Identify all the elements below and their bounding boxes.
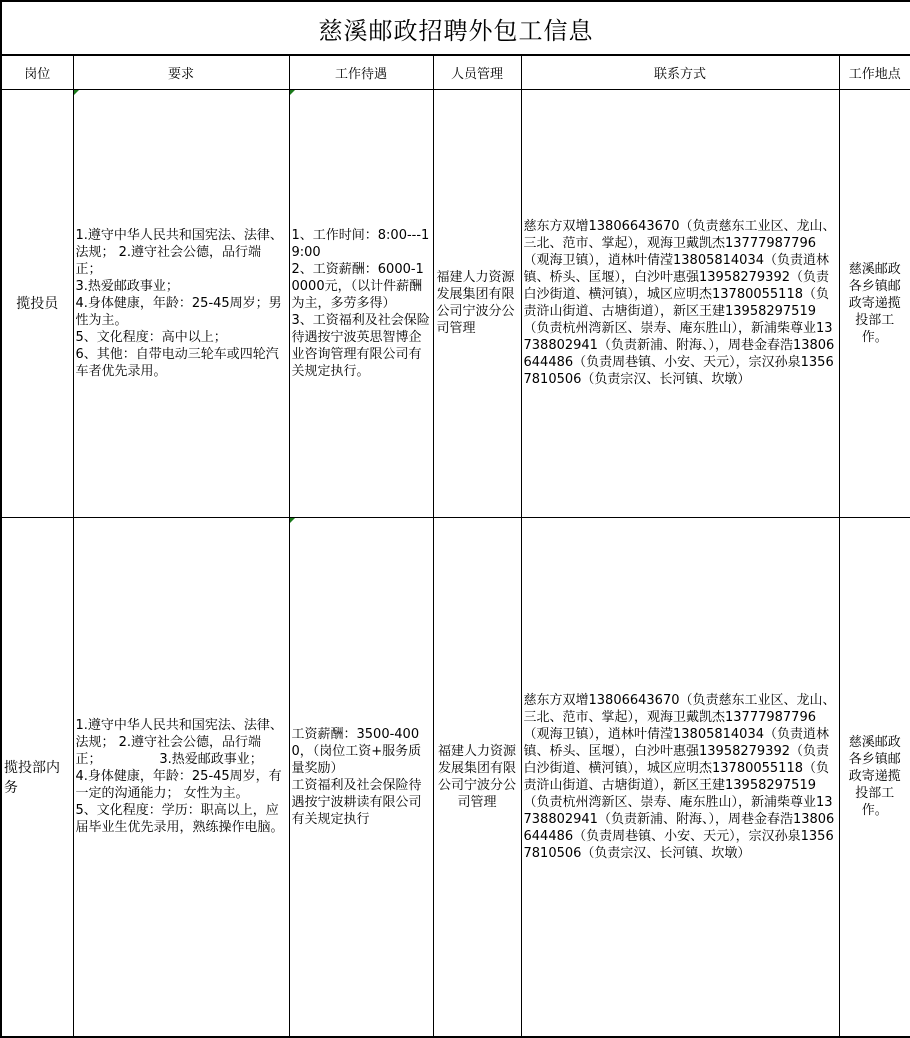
- benefits-text: 工资薪酬：3500-4000，（岗位工资+服务质量奖励） 工资福利及社会保险待遇…: [292, 727, 422, 827]
- cell-position[interactable]: 揽投员: [1, 89, 73, 517]
- cell-location[interactable]: 慈溪邮政各乡镇邮政寄递揽投部工作。: [839, 89, 910, 517]
- recruitment-table: 慈溪邮政招聘外包工信息 岗位 要求 工作待遇 人员管理 联系方式 工作地点 揽投…: [0, 0, 910, 1038]
- header-position[interactable]: 岗位: [1, 55, 73, 89]
- cell-management[interactable]: 福建人力资源发展集团有限公司宁波分公司管理: [433, 517, 521, 1037]
- cell-flag-icon: [290, 90, 295, 95]
- cell-management[interactable]: 福建人力资源发展集团有限公司宁波分公司管理: [433, 89, 521, 517]
- location-text: 慈溪邮政各乡镇邮政寄递揽投部工作。: [849, 735, 901, 818]
- cell-benefits[interactable]: 工资薪酬：3500-4000，（岗位工资+服务质量奖励） 工资福利及社会保险待遇…: [289, 517, 433, 1037]
- management-text: 福建人力资源发展集团有限公司宁波分公司管理: [438, 744, 516, 810]
- header-management[interactable]: 人员管理: [433, 55, 521, 89]
- requirements-text: 1.遵守中华人民共和国宪法、法律、法规； 2.遵守社会公德，品行端正； 3.热爱…: [76, 228, 283, 379]
- position-text: 揽投员: [16, 296, 58, 312]
- contact-text: 慈东方双增13806643670（负责慈东工业区、龙山、三北、范市、掌起），观海…: [524, 693, 836, 861]
- benefits-text: 1、工作时间：8:00---19:00 2、工资薪酬：6000-10000元，（…: [292, 228, 430, 379]
- table-title[interactable]: 慈溪邮政招聘外包工信息: [1, 1, 910, 55]
- header-requirements[interactable]: 要求: [73, 55, 289, 89]
- cell-benefits[interactable]: 1、工作时间：8:00---19:00 2、工资薪酬：6000-10000元，（…: [289, 89, 433, 517]
- header-location[interactable]: 工作地点: [839, 55, 910, 89]
- spreadsheet: 慈溪邮政招聘外包工信息 岗位 要求 工作待遇 人员管理 联系方式 工作地点 揽投…: [0, 0, 910, 1038]
- header-row: 岗位 要求 工作待遇 人员管理 联系方式 工作地点: [1, 55, 910, 89]
- cell-requirements[interactable]: 1.遵守中华人民共和国宪法、法律、法规； 2.遵守社会公德，品行端正； 3.热爱…: [73, 89, 289, 517]
- requirements-text: 1.遵守中华人民共和国宪法、法律、法规； 2.遵守社会公德，品行端正； 3.热爱…: [76, 718, 284, 835]
- header-contact[interactable]: 联系方式: [521, 55, 839, 89]
- management-text: 福建人力资源发展集团有限公司宁波分公司管理: [437, 270, 515, 336]
- location-text: 慈溪邮政各乡镇邮政寄递揽投部工作。: [849, 262, 901, 345]
- cell-location[interactable]: 慈溪邮政各乡镇邮政寄递揽投部工作。: [839, 517, 910, 1037]
- cell-flag-icon: [74, 90, 79, 95]
- contact-text: 慈东方双增13806643670（负责慈东工业区、龙山、三北、范市、掌起），观海…: [524, 219, 836, 387]
- cell-position[interactable]: 揽投部内务: [1, 517, 73, 1037]
- cell-requirements[interactable]: 1.遵守中华人民共和国宪法、法律、法规； 2.遵守社会公德，品行端正； 3.热爱…: [73, 517, 289, 1037]
- cell-contact[interactable]: 慈东方双增13806643670（负责慈东工业区、龙山、三北、范市、掌起），观海…: [521, 89, 839, 517]
- table-row: 揽投员 1.遵守中华人民共和国宪法、法律、法规； 2.遵守社会公德，品行端正； …: [1, 89, 910, 517]
- cell-contact[interactable]: 慈东方双增13806643670（负责慈东工业区、龙山、三北、范市、掌起），观海…: [521, 517, 839, 1037]
- position-text: 揽投部内务: [4, 760, 60, 796]
- cell-flag-icon: [290, 518, 295, 523]
- header-benefits[interactable]: 工作待遇: [289, 55, 433, 89]
- table-row: 揽投部内务 1.遵守中华人民共和国宪法、法律、法规； 2.遵守社会公德，品行端正…: [1, 517, 910, 1037]
